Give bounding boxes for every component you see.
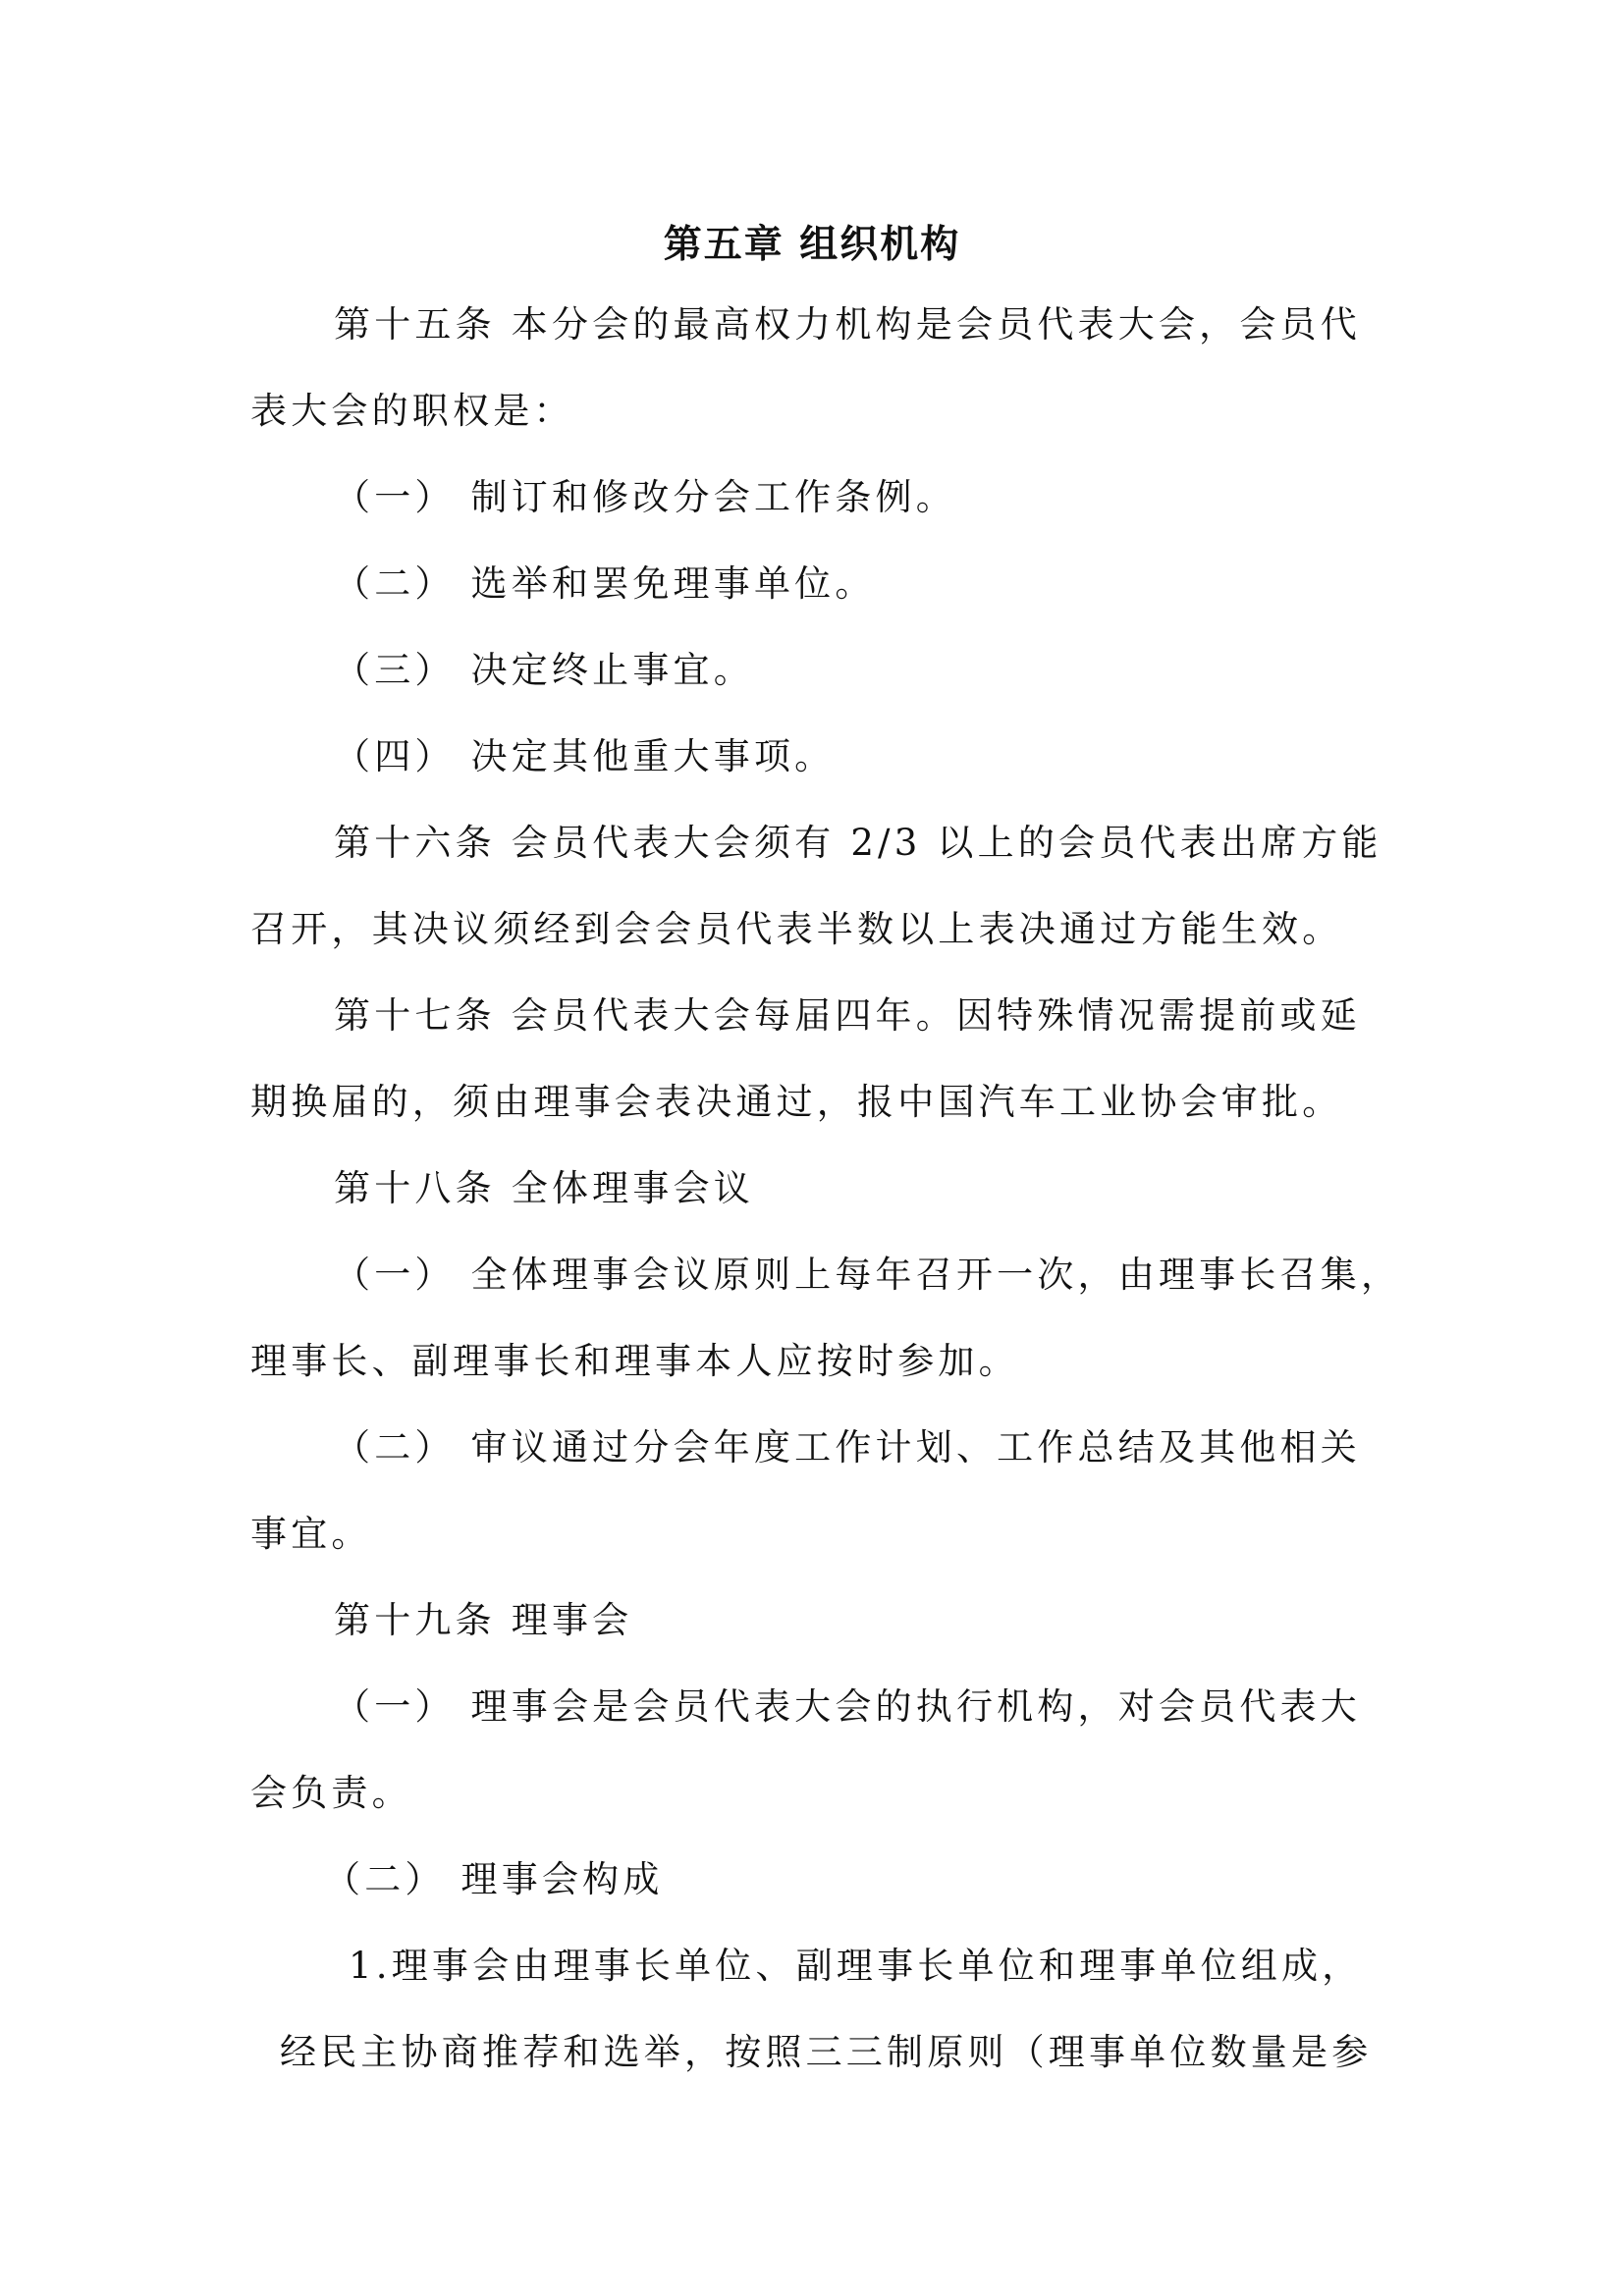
list-item: （二） 理事会构成 (324, 1855, 1389, 1904)
article-heading: 第十九条 理事会 (334, 1596, 1389, 1645)
paragraph-line: 理事长、副理事长和理事本人应按时参加。 (250, 1337, 1389, 1386)
paragraph-line: 表大会的职权是： (250, 387, 1389, 436)
list-item: （一） 理事会是会员代表大会的执行机构，对会员代表大 (334, 1682, 1389, 1732)
list-item: （二） 审议通过分会年度工作计划、工作总结及其他相关 (334, 1423, 1389, 1472)
chapter-title: 第五章 组织机构 (0, 214, 1624, 269)
paragraph-line: 第十六条 会员代表大会须有 2/3 以上的会员代表出席方能 (334, 819, 1389, 868)
list-item: （三） 决定终止事宜。 (334, 646, 1389, 695)
document-page: 第五章 组织机构 第十五条 本分会的最高权力机构是会员代表大会，会员代 表大会的… (0, 0, 1624, 2296)
paragraph-line: 期换届的，须由理事会表决通过，报中国汽车工业协会审批。 (250, 1078, 1389, 1127)
list-item: （二） 选举和罢免理事单位。 (334, 560, 1389, 609)
paragraph-line: 召开，其决议须经到会会员代表半数以上表决通过方能生效。 (250, 905, 1389, 954)
list-item: （一） 全体理事会议原则上每年召开一次，由理事长召集， (334, 1251, 1389, 1300)
paragraph-line: 第十七条 会员代表大会每届四年。因特殊情况需提前或延 (334, 991, 1389, 1041)
list-item: （一） 制订和修改分会工作条例。 (334, 473, 1389, 522)
paragraph-line: 事宜。 (250, 1510, 1389, 1559)
paragraph-line: 会负责。 (250, 1769, 1389, 1818)
paragraph-line: 第十五条 本分会的最高权力机构是会员代表大会，会员代 (334, 300, 1389, 349)
article-heading: 第十八条 全体理事会议 (334, 1164, 1389, 1213)
paragraph-line: 经民主协商推荐和选举，按照三三制原则（理事单位数量是参 (280, 2028, 1389, 2077)
list-item: （四） 决定其他重大事项。 (334, 732, 1389, 781)
numbered-item: 1.理事会由理事长单位、副理事长单位和理事单位组成， (349, 1942, 1389, 1991)
